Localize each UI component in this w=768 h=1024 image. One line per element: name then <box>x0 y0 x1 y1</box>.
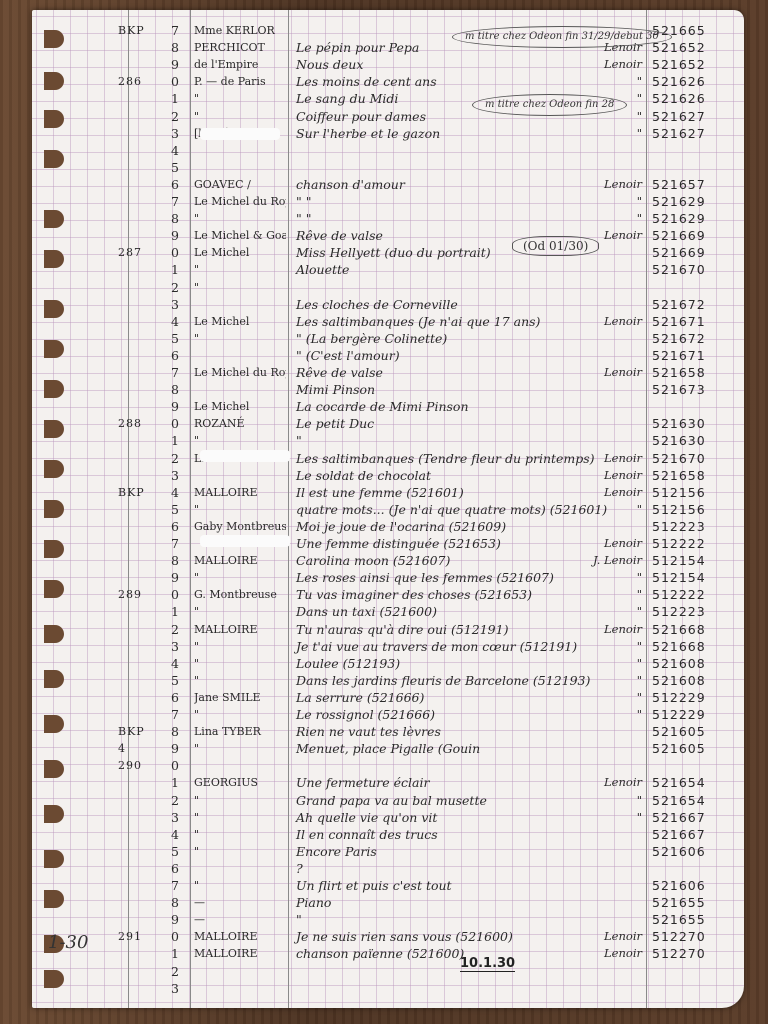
row-label: " <box>592 638 642 655</box>
correction-patch <box>200 450 290 462</box>
row-label: " <box>592 655 642 672</box>
row-number: 5 <box>168 159 182 176</box>
row-code: 521655 <box>652 894 706 911</box>
row-label: Lenoir <box>592 945 642 962</box>
row-label: Lenoir <box>592 313 642 330</box>
row-title: Rien ne vaut tes lèvres <box>296 723 441 740</box>
row-label: " <box>592 706 642 723</box>
row-number: 8 <box>168 723 182 740</box>
ledger-row: 1""521630 <box>32 432 744 449</box>
row-number: 6 <box>168 518 182 535</box>
row-title: Les saltimbanques (Tendre fleur du print… <box>296 450 595 467</box>
row-code: 521671 <box>652 347 706 364</box>
row-artist: Le Michel <box>194 244 286 261</box>
row-label: Lenoir <box>592 176 642 193</box>
row-artist: " <box>194 792 286 809</box>
row-number: 8 <box>168 39 182 56</box>
row-artist: Jane SMILE <box>194 689 286 706</box>
ledger-row: 4 <box>32 142 744 159</box>
row-label: Lenoir <box>592 364 642 381</box>
ledger-row: 2 <box>32 963 744 980</box>
ledger-row: 2900 <box>32 757 744 774</box>
row-code: 521667 <box>652 826 706 843</box>
row-label: Lenoir <box>592 484 642 501</box>
row-code: 512156 <box>652 484 706 501</box>
row-title: Il en connaît des trucs <box>296 826 438 843</box>
row-title: Tu vas imaginer des choses (521653) <box>296 586 532 603</box>
row-title: Rêve de valse <box>296 364 383 381</box>
row-title: chanson païenne (521600) <box>296 945 464 962</box>
ledger-row: 1"Dans un taxi (521600)"512223 <box>32 603 744 620</box>
row-code: 521669 <box>652 227 706 244</box>
row-number: 7 <box>168 535 182 552</box>
row-title: Le rossignol (521666) <box>296 706 435 723</box>
ledger-row: 6Jane SMILELa serrure (521666)"512229 <box>32 689 744 706</box>
row-code: 521654 <box>652 774 706 791</box>
row-artist: GOAVEC / <box>194 176 286 193</box>
row-title: Alouette <box>296 261 349 278</box>
row-title: Il est une femme (521601) <box>296 484 464 501</box>
row-number: 0 <box>168 757 182 774</box>
row-code: 521626 <box>652 73 706 90</box>
row-number: 7 <box>168 22 182 39</box>
row-number: 8 <box>168 894 182 911</box>
row-number: 0 <box>168 415 182 432</box>
row-artist: ROZANÉ <box>194 415 286 432</box>
row-code: 521627 <box>652 125 706 142</box>
row-number: 2 <box>168 963 182 980</box>
ledger-row: 2LE MICHELLes saltimbanques (Tendre fleu… <box>32 450 744 467</box>
row-code: 521655 <box>652 911 706 928</box>
ledger-row: 2MALLOIRETu n'auras qu'à dire oui (51219… <box>32 621 744 638</box>
row-number: 2 <box>168 108 182 125</box>
row-code: 512222 <box>652 535 706 552</box>
row-title: Rêve de valse <box>296 227 383 244</box>
row-label: J. Lenoir <box>592 552 642 569</box>
row-title: Sur l'herbe et le gazon <box>296 125 440 142</box>
row-title: ? <box>296 860 303 877</box>
row-code: 512154 <box>652 569 706 586</box>
row-prefix: 287 <box>118 244 142 261</box>
row-label: Lenoir <box>592 621 642 638</box>
margin-note: 1-30 <box>48 932 88 953</box>
ledger-row: 4"Loulee (512193)"521608 <box>32 655 744 672</box>
row-prefix: 291 <box>118 928 142 945</box>
row-number: 0 <box>168 586 182 603</box>
row-artist: " <box>194 826 286 843</box>
row-title: Menuet, place Pigalle (Gouin <box>296 740 480 757</box>
row-number: 7 <box>168 193 182 210</box>
ledger-row: 5 <box>32 159 744 176</box>
row-number: 0 <box>168 928 182 945</box>
row-artist: GEORGIUS <box>194 774 286 791</box>
ledger-row: 2870Le MichelMiss Hellyett (duo du portr… <box>32 244 744 261</box>
row-code: 512229 <box>652 706 706 723</box>
row-artist: — <box>194 911 286 928</box>
row-number: 5 <box>168 501 182 518</box>
row-label: " <box>592 792 642 809</box>
row-title: Carolina moon (521607) <box>296 552 450 569</box>
ledger-row: 2910MALLOIREJe ne suis rien sans vous (5… <box>32 928 744 945</box>
row-artist: " <box>194 279 286 296</box>
row-title: Le sang du Midi <box>296 90 398 107</box>
row-artist: Le Michel & Goavec <box>194 227 286 244</box>
row-title: La serrure (521666) <box>296 689 424 706</box>
row-artist: PERCHICOT <box>194 39 286 56</box>
ledger-row: 4Le MichelLes saltimbanques (Je n'ai que… <box>32 313 744 330</box>
ledger-row: 3Les cloches de Corneville521672 <box>32 296 744 313</box>
row-number: 4 <box>168 655 182 672</box>
row-title: Miss Hellyett (duo du portrait) <box>296 244 491 261</box>
row-label: Lenoir <box>592 774 642 791</box>
row-number: 9 <box>168 569 182 586</box>
ledger-row: 7Le Michel du Roy" ""521629 <box>32 193 744 210</box>
row-prefix: 290 <box>118 757 142 774</box>
row-title: Moi je joue de l'ocarina (521609) <box>296 518 506 535</box>
ledger-row: 8—Piano521655 <box>32 894 744 911</box>
row-code: 512270 <box>652 945 706 962</box>
row-label: " <box>592 586 642 603</box>
row-code: 521657 <box>652 176 706 193</box>
ledger-row: 6Gaby MontbreuseMoi je joue de l'ocarina… <box>32 518 744 535</box>
row-title: " <box>296 911 302 928</box>
row-title: Les roses ainsi que les femmes (521607) <box>296 569 554 586</box>
row-code: 521670 <box>652 261 706 278</box>
row-code: 521658 <box>652 467 706 484</box>
row-number: 6 <box>168 347 182 364</box>
row-number: 9 <box>168 398 182 415</box>
row-code: 521667 <box>652 809 706 826</box>
row-label: " <box>592 193 642 210</box>
ledger-row: 6? <box>32 860 744 877</box>
row-number: 4 <box>168 484 182 501</box>
row-code: 521606 <box>652 877 706 894</box>
row-number: 1 <box>168 945 182 962</box>
row-code: 521630 <box>652 415 706 432</box>
row-label: " <box>592 672 642 689</box>
row-code: 521654 <box>652 792 706 809</box>
ledger-row: 9de l'EmpireNous deuxLenoir521652 <box>32 56 744 73</box>
ledger-row: 5"" (La bergère Colinette)521672 <box>32 330 744 347</box>
row-artist: MALLOIRE <box>194 928 286 945</box>
row-title: Je t'ai vue au travers de mon cœur (5121… <box>296 638 577 655</box>
ledger-row: 8MALLOIRECarolina moon (521607)J. Lenoir… <box>32 552 744 569</box>
row-artist: " <box>194 809 286 826</box>
row-number: 3 <box>168 125 182 142</box>
row-label: " <box>592 689 642 706</box>
row-artist: " <box>194 843 286 860</box>
row-artist: " <box>194 210 286 227</box>
row-code: 521605 <box>652 723 706 740</box>
ledger-row: 2860P. — de ParisLes moins de cent ans"5… <box>32 73 744 90</box>
row-label: Lenoir <box>592 467 642 484</box>
row-title: Les saltimbanques (Je n'ai que 17 ans) <box>296 313 540 330</box>
row-artist: " <box>194 90 286 107</box>
row-code: 521605 <box>652 740 706 757</box>
ledger-row: 4"Il en connaît des trucs521667 <box>32 826 744 843</box>
row-artist: " <box>194 108 286 125</box>
row-title: Le pépin pour Pepa <box>296 39 419 56</box>
row-artist: Gaby Montbreuse <box>194 518 286 535</box>
row-artist: Mme KERLOR <box>194 22 286 39</box>
ledger-row: 8"" ""521629 <box>32 210 744 227</box>
ledger-row: 8Mimi Pinson521673 <box>32 381 744 398</box>
row-artist: P. — de Paris <box>194 73 286 90</box>
row-number: 0 <box>168 73 182 90</box>
ledger-row: BKP4MALLOIREIl est une femme (521601)Len… <box>32 484 744 501</box>
row-artist: de l'Empire <box>194 56 286 73</box>
row-label: Lenoir <box>592 928 642 945</box>
row-title: Une femme distinguée (521653) <box>296 535 501 552</box>
correction-patch <box>200 128 280 140</box>
odeon-date-note: (Od 01/30) <box>512 236 599 256</box>
row-number: 9 <box>168 911 182 928</box>
ledger-row: 2" <box>32 279 744 296</box>
ledger-row: 3 <box>32 980 744 997</box>
row-number: 7 <box>168 877 182 894</box>
row-number: 2 <box>168 621 182 638</box>
ledger-row: 2"Coiffeur pour dames"521627 <box>32 108 744 125</box>
row-label: " <box>592 125 642 142</box>
row-artist: MALLOIRE <box>194 621 286 638</box>
row-code: 512223 <box>652 518 706 535</box>
row-title: La cocarde de Mimi Pinson <box>296 398 469 415</box>
row-number: 3 <box>168 980 182 997</box>
ledger-row: 5"Dans les jardins fleuris de Barcelone … <box>32 672 744 689</box>
odeon-note: m titre chez Odeon fin 28 <box>472 94 627 116</box>
row-title: Nous deux <box>296 56 363 73</box>
row-artist: Le Michel <box>194 313 286 330</box>
row-code: 521630 <box>652 432 706 449</box>
row-label: Lenoir <box>592 535 642 552</box>
ledger-row: 3[barré]Sur l'herbe et le gazon"521627 <box>32 125 744 142</box>
row-artist: G. Montbreuse <box>194 586 286 603</box>
row-code: 512154 <box>652 552 706 569</box>
row-number: 1 <box>168 603 182 620</box>
row-artist: " <box>194 261 286 278</box>
row-prefix: 288 <box>118 415 142 432</box>
row-title: Encore Paris <box>296 843 377 860</box>
row-number: 4 <box>168 313 182 330</box>
row-artist: Le Michel du Roy <box>194 364 286 381</box>
row-code: 521629 <box>652 193 706 210</box>
row-code: 521668 <box>652 621 706 638</box>
ledger-row: 7Une femme distinguée (521653)Lenoir5122… <box>32 535 744 552</box>
row-title: Piano <box>296 894 331 911</box>
ledger-row: 6" (C'est l'amour)521671 <box>32 347 744 364</box>
ledger-row: 2880ROZANÉLe petit Duc521630 <box>32 415 744 432</box>
row-title: Je ne suis rien sans vous (521600) <box>296 928 513 945</box>
row-code: 521627 <box>652 108 706 125</box>
row-artist: " <box>194 655 286 672</box>
row-title: Les cloches de Corneville <box>296 296 458 313</box>
ledger-row: 7"Le rossignol (521666)"512229 <box>32 706 744 723</box>
row-artist: MALLOIRE <box>194 552 286 569</box>
row-code: 521670 <box>652 450 706 467</box>
odeon-note: m titre chez Odeon fin 31/29/debut 30 <box>452 26 672 48</box>
row-number: 0 <box>168 244 182 261</box>
row-prefix: 286 <box>118 73 142 90</box>
row-number: 4 <box>168 142 182 159</box>
ledger-row: 1"Alouette521670 <box>32 261 744 278</box>
row-artist: — <box>194 894 286 911</box>
row-artist: Lina TYBER <box>194 723 286 740</box>
row-prefix: 289 <box>118 586 142 603</box>
row-title: quatre mots... (Je n'ai que quatre mots)… <box>296 501 607 518</box>
row-number: 9 <box>168 56 182 73</box>
row-title: Le soldat de chocolat <box>296 467 431 484</box>
row-code: 521652 <box>652 56 706 73</box>
row-title: " " <box>296 210 311 227</box>
row-label: " <box>592 73 642 90</box>
ledger-row: 6GOAVEC /chanson d'amourLenoir521657 <box>32 176 744 193</box>
ledger-row: 9Le Michel & GoavecRêve de valseLenoir52… <box>32 227 744 244</box>
row-title: " (La bergère Colinette) <box>296 330 447 347</box>
row-prefix: BKP <box>118 484 145 501</box>
row-number: 2 <box>168 450 182 467</box>
row-artist: " <box>194 638 286 655</box>
row-artist: " <box>194 706 286 723</box>
row-number: 1 <box>168 432 182 449</box>
row-prefix: BKP <box>118 723 145 740</box>
row-artist: " <box>194 432 286 449</box>
ledger-row: 49"Menuet, place Pigalle (Gouin521605 <box>32 740 744 757</box>
row-prefix: BKP <box>118 22 145 39</box>
ledger-row: 5"quatre mots... (Je n'ai que quatre mot… <box>32 501 744 518</box>
row-number: 7 <box>168 364 182 381</box>
ledger-row: 5"Encore Paris521606 <box>32 843 744 860</box>
row-title: chanson d'amour <box>296 176 405 193</box>
ledger-row: 2"Grand papa va au bal musette"521654 <box>32 792 744 809</box>
row-number: 6 <box>168 176 182 193</box>
row-title: " " <box>296 193 311 210</box>
final-date: 10.1.30 <box>460 956 515 972</box>
row-label: " <box>592 603 642 620</box>
row-title: Les moins de cent ans <box>296 73 437 90</box>
ledger-row: 7Le Michel du RoyRêve de valseLenoir5216… <box>32 364 744 381</box>
row-artist: " <box>194 877 286 894</box>
ledger-row: BKP8Lina TYBERRien ne vaut tes lèvres521… <box>32 723 744 740</box>
row-code: 521671 <box>652 313 706 330</box>
row-number: 8 <box>168 210 182 227</box>
row-prefix: 4 <box>118 740 126 757</box>
correction-patch <box>200 535 290 547</box>
row-title: Grand papa va au bal musette <box>296 792 487 809</box>
row-number: 8 <box>168 552 182 569</box>
row-code: 512222 <box>652 586 706 603</box>
row-number: 5 <box>168 330 182 347</box>
row-code: 521672 <box>652 330 706 347</box>
row-title: Mimi Pinson <box>296 381 375 398</box>
row-code: 521606 <box>652 843 706 860</box>
row-number: 9 <box>168 740 182 757</box>
row-number: 2 <box>168 792 182 809</box>
ledger-page: BKP7Mme KERLOR5216658PERCHICOTLe pépin p… <box>32 10 744 1008</box>
row-label: Lenoir <box>592 450 642 467</box>
row-artist: " <box>194 740 286 757</box>
row-label: " <box>592 210 642 227</box>
row-label: Lenoir <box>592 227 642 244</box>
row-number: 2 <box>168 279 182 296</box>
row-artist: Le Michel <box>194 398 286 415</box>
ledger-row: 1"Le sang du Midi"521626 <box>32 90 744 107</box>
row-title: Une fermeture éclair <box>296 774 429 791</box>
row-number: 6 <box>168 860 182 877</box>
row-artist: " <box>194 569 286 586</box>
ledger-row: 3Le soldat de chocolatLenoir521658 <box>32 467 744 484</box>
row-code: 521672 <box>652 296 706 313</box>
row-code: 512223 <box>652 603 706 620</box>
row-number: 3 <box>168 296 182 313</box>
row-title: Un flirt et puis c'est tout <box>296 877 452 894</box>
row-number: 5 <box>168 672 182 689</box>
row-code: 512156 <box>652 501 706 518</box>
row-artist: MALLOIRE <box>194 945 286 962</box>
row-code: 512270 <box>652 928 706 945</box>
row-number: 3 <box>168 809 182 826</box>
row-number: 1 <box>168 261 182 278</box>
row-label: " <box>592 569 642 586</box>
row-artist: " <box>194 330 286 347</box>
row-number: 9 <box>168 227 182 244</box>
row-artist: " <box>194 501 286 518</box>
ledger-row: 9—"521655 <box>32 911 744 928</box>
row-number: 5 <box>168 843 182 860</box>
row-label: " <box>592 809 642 826</box>
row-number: 1 <box>168 90 182 107</box>
ledger-row: 9"Les roses ainsi que les femmes (521607… <box>32 569 744 586</box>
row-number: 6 <box>168 689 182 706</box>
ledger-row: 1GEORGIUSUne fermeture éclairLenoir52165… <box>32 774 744 791</box>
row-label: Lenoir <box>592 56 642 73</box>
row-title: Dans les jardins fleuris de Barcelone (5… <box>296 672 590 689</box>
row-code: 521669 <box>652 244 706 261</box>
row-title: Dans un taxi (521600) <box>296 603 437 620</box>
row-title: " (C'est l'amour) <box>296 347 400 364</box>
row-code: 521658 <box>652 364 706 381</box>
row-title: Coiffeur pour dames <box>296 108 426 125</box>
row-artist: " <box>194 603 286 620</box>
ledger-row: 1MALLOIREchanson païenne (521600)Lenoir5… <box>32 945 744 962</box>
row-number: 3 <box>168 467 182 484</box>
row-artist: MALLOIRE <box>194 484 286 501</box>
row-title: Ah quelle vie qu'on vit <box>296 809 437 826</box>
row-code: 521626 <box>652 90 706 107</box>
row-title: " <box>296 432 302 449</box>
row-title: Tu n'auras qu'à dire oui (512191) <box>296 621 508 638</box>
row-number: 3 <box>168 638 182 655</box>
ledger-row: 7"Un flirt et puis c'est tout521606 <box>32 877 744 894</box>
row-code: 521608 <box>652 655 706 672</box>
row-code: 512229 <box>652 689 706 706</box>
ledger-row: 2890G. MontbreuseTu vas imaginer des cho… <box>32 586 744 603</box>
row-artist: " <box>194 672 286 689</box>
row-title: Loulee (512193) <box>296 655 400 672</box>
row-number: 7 <box>168 706 182 723</box>
ledger-row: 3"Ah quelle vie qu'on vit"521667 <box>32 809 744 826</box>
ledger-row: 9Le MichelLa cocarde de Mimi Pinson <box>32 398 744 415</box>
row-code: 521608 <box>652 672 706 689</box>
row-label: " <box>592 501 642 518</box>
row-title: Le petit Duc <box>296 415 374 432</box>
row-number: 4 <box>168 826 182 843</box>
row-code: 521629 <box>652 210 706 227</box>
row-code: 521668 <box>652 638 706 655</box>
row-number: 8 <box>168 381 182 398</box>
row-number: 1 <box>168 774 182 791</box>
row-code: 521673 <box>652 381 706 398</box>
ledger-row: 3"Je t'ai vue au travers de mon cœur (51… <box>32 638 744 655</box>
